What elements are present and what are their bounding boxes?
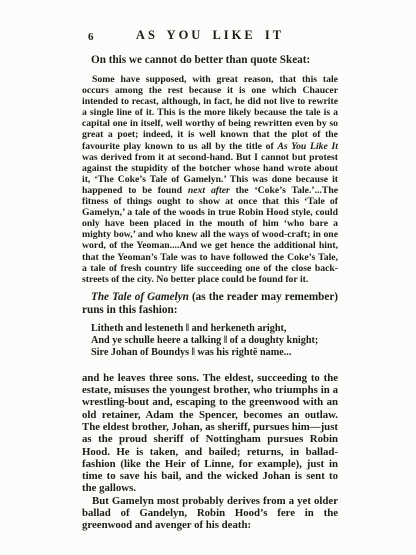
quote-text-3: the ‘Coke’s Tale.’...The fitness of thin… (82, 185, 338, 285)
quote-italic-title: As You Like It (277, 141, 338, 152)
gamelyn-title-italic: The Tale of Gamelyn (91, 291, 189, 303)
verse-block: Litheth and lesteneth ‖ and herkeneth ar… (91, 323, 338, 359)
body-paragraph: and he leaves three sons. The eldest, su… (82, 372, 338, 495)
verse-line-3: Sire Johan of Boundys ‖ was his rightĕ n… (91, 347, 338, 359)
running-title: AS YOU LIKE IT (82, 28, 338, 43)
quote-italic-next-after: next after (188, 185, 230, 196)
intro-line: On this we cannot do better than quote S… (82, 54, 338, 67)
skeat-quote: Some have supposed, with great reason, t… (82, 74, 338, 285)
running-head: 6 AS YOU LIKE IT (82, 28, 338, 45)
page-number: 6 (88, 31, 94, 43)
book-page: 6 AS YOU LIKE IT On this we cannot do be… (0, 0, 416, 555)
verse-line-2: And ye schulle heere a talking ‖ of a do… (91, 335, 338, 347)
verse-line-1: Litheth and lesteneth ‖ and herkeneth ar… (91, 323, 338, 335)
closing-paragraph: But Gamelyn most probably derives from a… (82, 495, 338, 532)
gamelyn-intro: The Tale of Gamelyn (as the reader may r… (82, 291, 338, 317)
text-column: 6 AS YOU LIKE IT On this we cannot do be… (82, 28, 338, 532)
